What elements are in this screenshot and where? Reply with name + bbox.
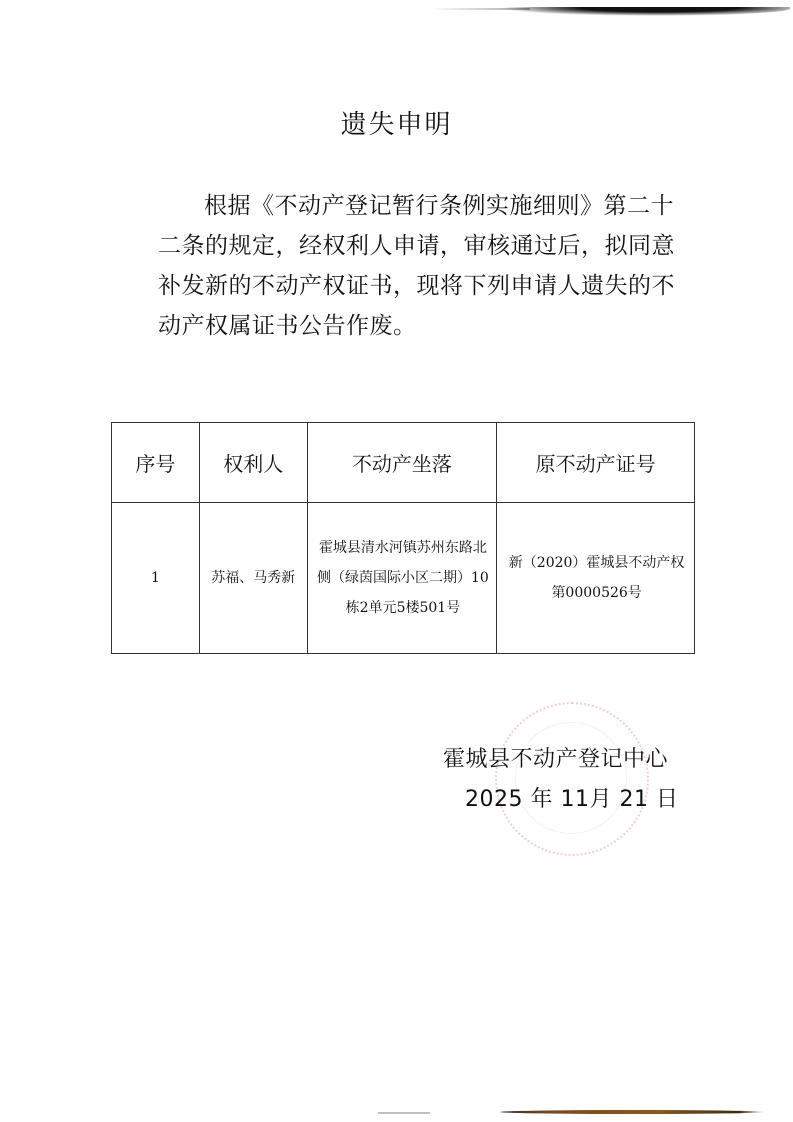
document-title: 遗失申明 (0, 104, 793, 141)
header-certificate: 原不动产证号 (497, 423, 695, 503)
cell-location: 霍城县清水河镇苏州东路北侧（绿茵国际小区二期）10栋2单元5楼501号 (307, 503, 497, 654)
issue-date: 2025 年 11月 21 日 (465, 782, 678, 813)
scan-artifact-bottom (500, 1110, 765, 1114)
issuing-organization: 霍城县不动产登记中心 (443, 742, 668, 773)
table-header-row: 序号 权利人 不动产坐落 原不动产证号 (112, 423, 695, 503)
official-seal-inner-ring (515, 722, 627, 834)
cell-owner: 苏福、马秀新 (199, 503, 307, 654)
lost-certificate-table: 序号 权利人 不动产坐落 原不动产证号 1 苏福、马秀新 霍城县清水河镇苏州东路… (111, 422, 695, 654)
cell-index: 1 (112, 503, 200, 654)
cell-certificate: 新（2020）霍城县不动产权第0000526号 (497, 503, 695, 654)
statement-body: 根据《不动产登记暂行条例实施细则》第二十二条的规定，经权利人申请，审核通过后，拟… (158, 186, 688, 346)
header-index: 序号 (112, 423, 200, 503)
header-location: 不动产坐落 (307, 423, 497, 503)
scan-artifact-bottom-thin (378, 1112, 430, 1114)
table-row: 1 苏福、马秀新 霍城县清水河镇苏州东路北侧（绿茵国际小区二期）10栋2单元5楼… (112, 503, 695, 654)
statement-paragraph: 根据《不动产登记暂行条例实施细则》第二十二条的规定，经权利人申请，审核通过后，拟… (158, 186, 688, 346)
header-owner: 权利人 (199, 423, 307, 503)
scan-artifact-top (500, 7, 790, 16)
